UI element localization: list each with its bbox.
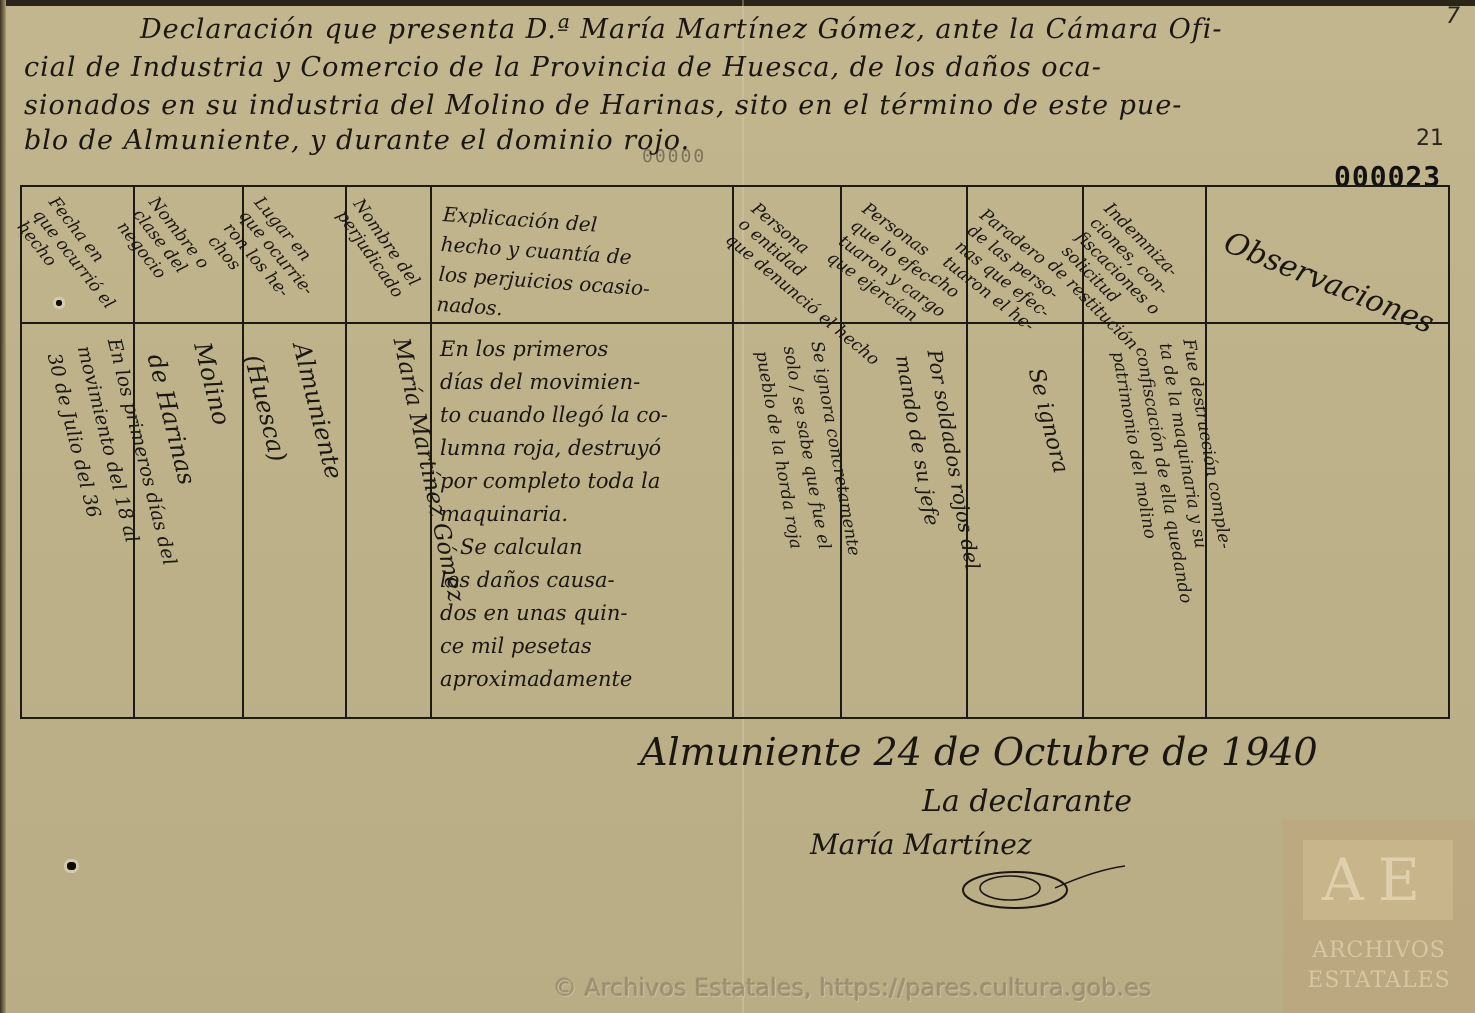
watermark-logo: AE <box>1303 840 1453 920</box>
header-indemnizaciones: Indemniza- ciones, con- fiscaciones o so… <box>1043 199 1198 354</box>
heading-line-3: sionados en su industria del Molino de H… <box>24 90 1182 121</box>
cell-explicacion: En los primeros días del movimien- to cu… <box>440 333 668 696</box>
watermark-line-2: ESTATALES <box>1283 968 1475 993</box>
col-border <box>1448 185 1450 719</box>
punch-hole <box>67 862 76 870</box>
cell-personas: Por soldados rojos del mando de su jefe <box>887 347 989 578</box>
cell-denuncio: Se ignora concretamente solo / se sabe q… <box>747 339 868 568</box>
scan-top-edge <box>0 0 1475 6</box>
watermark-line-1: ARCHIVOS <box>1283 938 1475 963</box>
archivos-estatales-watermark: AE ARCHIVOS ESTATALES <box>1283 820 1475 1013</box>
scan-left-edge <box>0 0 6 1013</box>
folio-number: 21 <box>1416 126 1444 151</box>
punch-hole <box>56 300 62 306</box>
place-date: Almuniente 24 de Octubre de 1940 <box>640 730 1318 774</box>
header-lugar: Lugar en que ocurrie- ron los he- chos <box>204 193 333 325</box>
header-divider <box>20 322 1450 324</box>
corner-mark: 7 <box>1446 4 1460 29</box>
heading-line-4: blo de Almuniente, y durante el dominio … <box>24 125 690 156</box>
header-explicacion: Explicación del hecho y cuantía de los p… <box>436 199 655 333</box>
damage-declaration-table: Fecha en que ocurrió el hecho Nombre o c… <box>20 185 1450 720</box>
cell-indemnizaciones: Fue destrucción comple- ta de la maquina… <box>1105 337 1245 609</box>
header-fecha: Fecha en que ocurrió el hecho <box>13 193 135 325</box>
cell-lugar: Almuniente (Huesca) <box>228 337 359 497</box>
declarant-role: La declarante <box>922 784 1132 819</box>
copyright-notice: © Archivos Estatales, https://pares.cult… <box>553 974 1152 1002</box>
faint-stamp: 00000 <box>642 146 706 167</box>
table-bottom-border <box>20 717 1450 719</box>
table-top-border <box>20 185 1450 187</box>
cell-paradero: Se ignora <box>1020 365 1076 477</box>
col-border <box>732 185 734 719</box>
heading-line-2: cial de Industria y Comercio de la Provi… <box>24 52 1102 83</box>
col-border <box>20 185 22 719</box>
heading-line-1: Declaración que presenta D.ª María Martí… <box>140 14 1223 45</box>
signature-flourish <box>955 860 1135 920</box>
signature-name: María Martínez <box>810 828 1032 861</box>
